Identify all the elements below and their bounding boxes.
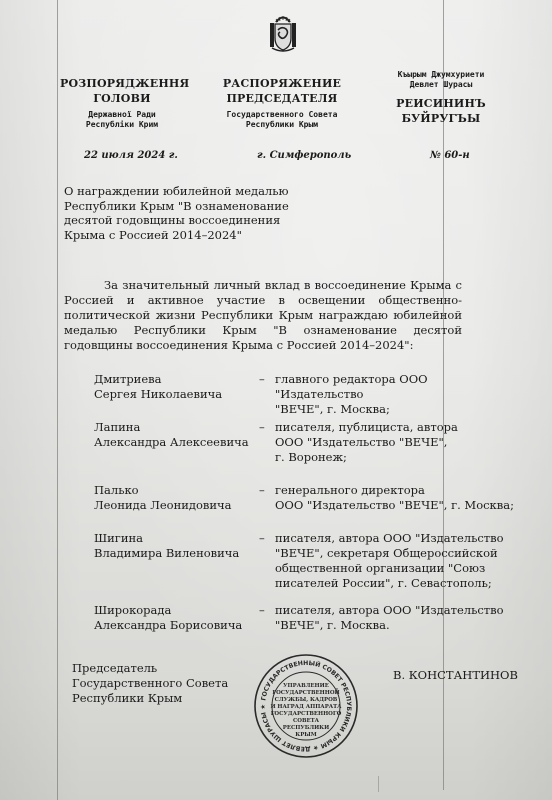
header-left-title-1: РОЗПОРЯДЖЕННЯ [60, 76, 184, 91]
crimea-coat-of-arms-icon [268, 14, 298, 54]
header-right-sub-1: Къырым Джумхуриети [378, 70, 504, 80]
header-left-sub-2: Республіки Крим [60, 120, 184, 130]
awardee-desc-line: ООО "Издательство "ВЕЧЕ", г. Москва; [275, 498, 515, 513]
dash: – [259, 483, 265, 498]
signer-name: В. КОНСТАНТИНОВ [393, 668, 518, 682]
awardee-given-name: Владимира Виленовича [94, 546, 254, 561]
body-paragraph: За значительный личный вклад в воссоедин… [64, 278, 462, 353]
awardee-desc-line: генерального директора [275, 483, 515, 498]
subject-line: О награждении юбилейной медалью [64, 184, 289, 199]
svg-text:СОВЕТА: СОВЕТА [293, 718, 320, 724]
official-stamp-icon: ГОСУДАРСТВЕННЫЙ СОВЕТ РЕСПУБЛИКИ КРЫМ ★ … [252, 652, 360, 760]
signer-title: Председатель Государственного Совета Рес… [72, 661, 228, 706]
header-crimean-tatar: Къырым Джумхуриети Девлет Шурасы РЕИСИНИ… [378, 70, 504, 126]
fold-mark [378, 776, 379, 792]
subject-line: Крыма с Россией 2014–2024" [64, 228, 289, 243]
document-number: № 60-н [430, 150, 470, 161]
awardee-desc-line: главного редактора ООО "Издательство [275, 372, 515, 402]
header-center-sub-2: Республики Крым [200, 120, 364, 130]
awardee-desc-line: "ВЕЧЕ", г. Москва; [275, 402, 515, 417]
awardee-surname: Дмитриева [94, 372, 254, 387]
awardee-desc-line: писателя, автора ООО "Издательство [275, 531, 515, 546]
awardee-given-name: Александра Борисовича [94, 618, 254, 633]
fold-line-left [57, 0, 58, 800]
svg-text:И НАГРАД АППАРАТА: И НАГРАД АППАРАТА [270, 704, 342, 710]
body-text: За значительный личный вклад в воссоедин… [64, 278, 462, 352]
awardee-given-name: Леонида Леонидовича [94, 498, 254, 513]
header-left-sub-1: Державної Ради [60, 110, 184, 120]
document-city: г. Симферополь [257, 150, 351, 161]
header-center-title-1: РАСПОРЯЖЕНИЕ [200, 76, 364, 91]
svg-text:ГОСУДАРСТВЕННОЙ: ГОСУДАРСТВЕННОЙ [272, 688, 339, 696]
awardee-surname: Лапина [94, 420, 254, 435]
document-subject: О награждении юбилейной медалью Республи… [64, 184, 289, 242]
dash: – [259, 420, 265, 435]
header-center-title-2: ПРЕДСЕДАТЕЛЯ [200, 91, 364, 106]
dash: – [259, 531, 265, 546]
svg-text:РЕСПУБЛИКИ: РЕСПУБЛИКИ [283, 725, 329, 731]
awardee-desc-line: "ВЕЧЕ", г. Москва. [275, 618, 515, 633]
signer-line: Государственного Совета [72, 676, 228, 691]
signer-line: Республики Крым [72, 691, 228, 706]
awardee-given-name: Александра Алексеевича [94, 435, 254, 450]
awardee-surname: Палько [94, 483, 254, 498]
header-left-title-2: ГОЛОВИ [60, 91, 184, 106]
awardee-desc-line: г. Воронеж; [275, 450, 515, 465]
awardee-desc-line: "ВЕЧЕ", секретаря Общероссийской [275, 546, 515, 561]
header-center-sub-1: Государственного Совета [200, 110, 364, 120]
awardee-given-name: Сергея Николаевича [94, 387, 254, 402]
awardee-desc-line: писателя, публициста, автора [275, 420, 515, 435]
document-date: 22 июля 2024 г. [84, 150, 178, 161]
svg-text:ГОСУДАРСТВЕННОГО: ГОСУДАРСТВЕННОГО [271, 711, 342, 717]
subject-line: Республики Крым "В ознаменование [64, 199, 289, 214]
header-right-title-2: БУЙРУГЪЫ [378, 111, 504, 126]
subject-line: десятой годовщины воссоединения [64, 213, 289, 228]
dash: – [259, 603, 265, 618]
header-right-title-1: РЕИСИНИНЪ [378, 96, 504, 111]
svg-text:УПРАВЛЕНИЕ: УПРАВЛЕНИЕ [283, 683, 329, 689]
svg-text:КРЫМ: КРЫМ [295, 732, 316, 738]
svg-text:СЛУЖБЫ, КАДРОВ: СЛУЖБЫ, КАДРОВ [275, 697, 338, 703]
awardee-surname: Широкорада [94, 603, 254, 618]
awardee-desc-line: общественной организации "Союз [275, 561, 515, 576]
awardee-desc-line: ООО "Издательство "ВЕЧЕ", [275, 435, 515, 450]
awardee-surname: Шигина [94, 531, 254, 546]
header-ukrainian: РОЗПОРЯДЖЕННЯ ГОЛОВИ Державної Ради Респ… [60, 76, 184, 130]
dash: – [259, 372, 265, 387]
header-russian: РАСПОРЯЖЕНИЕ ПРЕДСЕДАТЕЛЯ Государственно… [200, 76, 364, 130]
awardee-desc-line: писателя, автора ООО "Издательство [275, 603, 515, 618]
awardee-desc-line: писателей России", г. Севастополь; [275, 576, 515, 591]
signer-line: Председатель [72, 661, 228, 676]
header-right-sub-2: Девлет Шурасы [378, 80, 504, 90]
